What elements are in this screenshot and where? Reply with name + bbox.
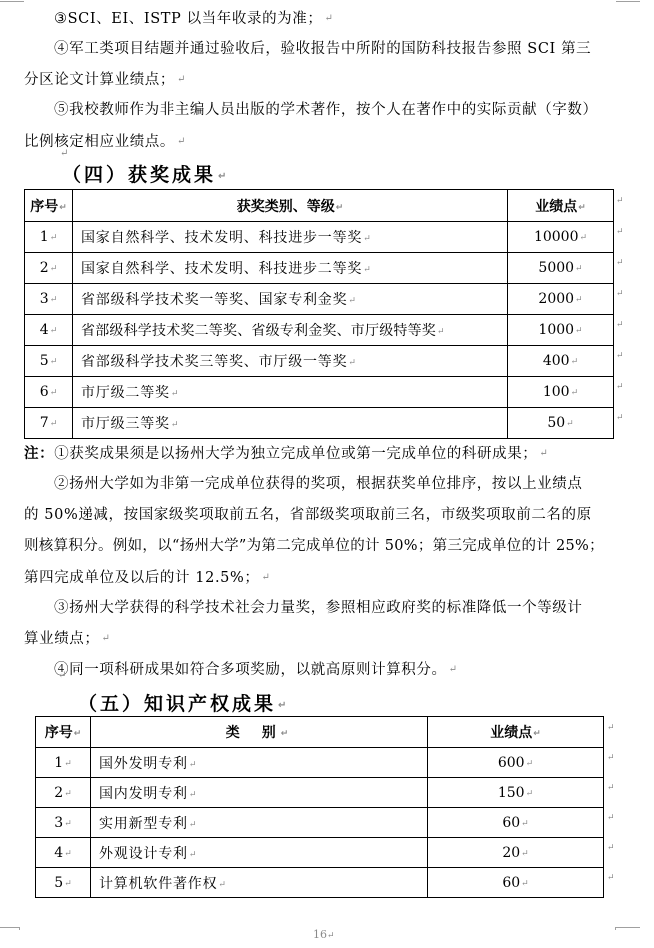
paragraph-mark-icon: ↵	[102, 633, 111, 644]
row-end-mark-icon: ↵	[616, 413, 624, 423]
note-4: ④同一项科研成果如符合多项奖励，以就高原则计算积分。↵	[24, 654, 614, 686]
table-row: 4↵ 外观设计专利↵ 20↵	[36, 838, 604, 868]
note-2-line3: 则核算积分。例如，以“扬州大学”为第二完成单位的计 50%；第三完成单位的计 2…	[24, 531, 614, 562]
table-row: 3↵ 实用新型专利↵ 60↵	[36, 808, 604, 838]
paragraph-mark-icon: ↵	[324, 13, 333, 24]
note-2-line2: 的 50%递减，按国家级奖项取前五名，省部级奖项取前三名，市级奖项取前二名的原	[24, 500, 614, 531]
paragraph-mark-icon: ↵	[539, 448, 548, 459]
row-end-mark-icon: ↵	[616, 196, 624, 206]
header-award-category: 获奖类别、等级↵	[73, 190, 508, 222]
note-2-line4: 第四完成单位及以后的计 12.5%；↵	[24, 562, 614, 594]
crop-mark-bottom-left	[0, 927, 20, 928]
crop-mark-bottom-right	[615, 927, 640, 928]
row-end-mark-icon: ↵	[607, 813, 615, 823]
intro-item-5-line2: 比例核定相应业绩点。↵	[24, 126, 614, 158]
intro-item-4-line1: ④军工类项目结题并通过验收后，验收报告中所附的国防科技报告参照 SCI 第三	[24, 34, 614, 65]
table-header-row: 序号↵ 类 别↵ 业绩点↵	[36, 717, 604, 748]
row-end-mark-icon: ↵	[616, 289, 624, 299]
intro-item-5-line1: ⑤我校教师作为非主编人员出版的学术著作，按个人在著作中的实际贡献（字数）	[24, 95, 614, 126]
note-1: 注：①获奖成果须是以扬州大学为独立完成单位或第一完成单位的科研成果；↵	[24, 438, 614, 470]
paragraph-mark-icon: ↵	[261, 572, 270, 583]
paragraph-mark-icon: ↵	[177, 74, 186, 85]
ip-achievements-table: 序号↵ 类 别↵ 业绩点↵ 1↵ 国外发明专利↵ 600↵ 2↵ 国内发明专利↵…	[35, 716, 604, 898]
note-3-line1: ③扬州大学获得的科学技术社会力量奖，参照相应政府奖的标准降低一个等级计	[24, 593, 614, 624]
section-4-title: （四）获奖成果↵	[62, 160, 229, 187]
table-row: 1↵ 国外发明专利↵ 600↵	[36, 748, 604, 778]
row-end-mark-icon: ↵	[616, 227, 624, 237]
crop-mark-top-right	[616, 1, 640, 2]
row-end-mark-icon: ↵	[616, 351, 624, 361]
intro-item-3: ③SCI、EI、ISTP 以当年收录的为准；↵	[24, 3, 614, 35]
table-row: 7↵ 市厅级三等奖↵ 50↵	[25, 408, 614, 439]
table-row: 2↵ 国内发明专利↵ 150↵	[36, 778, 604, 808]
table-row: 5↵ 省部级科学技术奖三等奖、市厅级一等奖↵ 400↵	[25, 346, 614, 377]
table-row: 1↵ 国家自然科学、技术发明、科技进步一等奖↵ 10000↵	[25, 222, 614, 253]
table-row: 3↵ 省部级科学技术奖一等奖、国家专利金奖↵ 2000↵	[25, 284, 614, 315]
table-row: 4↵ 省部级科学技术奖二等奖、省级专利金奖、市厅级特等奖↵ 1000↵	[25, 315, 614, 346]
header-serial: 序号↵	[36, 717, 91, 748]
row-end-mark-icon: ↵	[607, 843, 615, 853]
page-number: 16↵	[313, 928, 335, 941]
crop-mark-bottom-right-tick	[615, 927, 616, 930]
paragraph-mark-icon: ↵	[278, 700, 289, 711]
section-5-title: （五）知识产权成果↵	[78, 689, 289, 716]
row-end-mark-icon: ↵	[616, 382, 624, 392]
crop-mark-bottom-left-tick	[19, 927, 20, 930]
note-3-line2: 算业绩点；↵	[24, 623, 614, 655]
crop-mark-top-left	[0, 1, 24, 2]
row-end-mark-icon: ↵	[616, 320, 624, 330]
header-category: 类 别↵	[91, 717, 428, 748]
row-end-mark-icon: ↵	[616, 258, 624, 268]
table-row: 6↵ 市厅级二等奖↵ 100↵	[25, 377, 614, 408]
row-end-mark-icon: ↵	[607, 753, 615, 763]
paragraph-mark-icon: ↵	[449, 664, 458, 675]
note-label: 注：	[24, 446, 54, 462]
header-serial: 序号↵	[25, 190, 73, 222]
table-header-row: 序号↵ 获奖类别、等级↵ 业绩点↵	[25, 190, 614, 222]
paragraph-mark-icon: ↵	[218, 171, 229, 182]
header-points: 业绩点↵	[428, 717, 604, 748]
awards-table: 序号↵ 获奖类别、等级↵ 业绩点↵ 1↵ 国家自然科学、技术发明、科技进步一等奖…	[24, 189, 614, 439]
row-end-mark-icon: ↵	[607, 783, 615, 793]
paragraph-mark-icon: ↵	[177, 136, 186, 147]
note-2-line1: ②扬州大学如为非第一完成单位获得的奖项，根据获奖单位排序，按以上业绩点	[24, 469, 614, 500]
row-end-mark-icon: ↵	[607, 723, 615, 733]
row-end-mark-icon: ↵	[607, 873, 615, 883]
header-points: 业绩点↵	[508, 190, 614, 222]
table-row: 5↵ 计算机软件著作权↵ 60↵	[36, 868, 604, 898]
table-row: 2↵ 国家自然科学、技术发明、科技进步二等奖↵ 5000↵	[25, 253, 614, 284]
empty-paragraph-mark-icon: ↵	[60, 148, 68, 159]
intro-item-4-line2: 分区论文计算业绩点；↵	[24, 64, 614, 96]
empty-paragraph-mark-icon: ↵	[58, 670, 66, 681]
